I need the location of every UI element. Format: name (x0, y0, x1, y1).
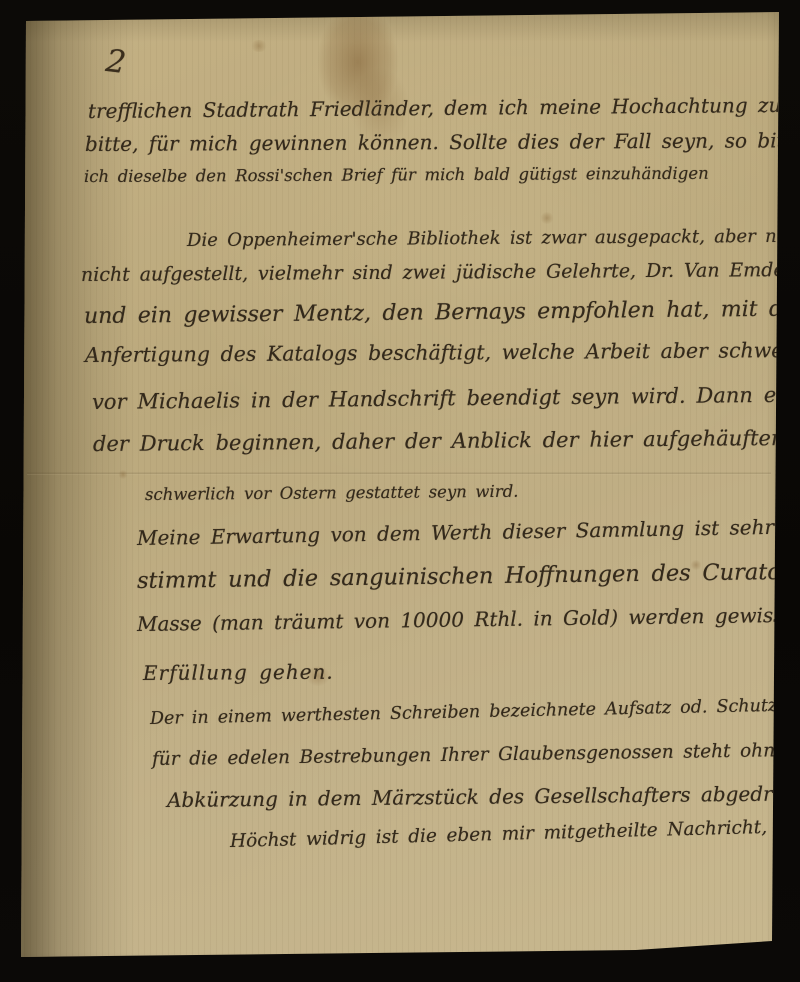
handwritten-line: Erfüllung gehen. (143, 660, 334, 686)
handwritten-line: der Druck beginnen, daher der Anblick de… (93, 424, 800, 457)
handwritten-line: schwerlich vor Ostern gestattet seyn wir… (145, 482, 519, 506)
foxing-spot (540, 212, 554, 224)
handwritten-line: Meine Erwartung von dem Werth dieser Sam… (137, 513, 800, 551)
handwritten-line: Abkürzung in dem Märzstück des Gesellsch… (167, 781, 800, 813)
handwritten-line: Die Oppenheimer'sche Bibliothek ist zwar… (187, 226, 800, 253)
handwritten-line: vor Michaelis in der Handschrift beendig… (92, 381, 800, 415)
handwritten-line: trefflichen Stadtrath Friedländer, dem i… (88, 93, 778, 124)
foxing-spot (250, 40, 268, 52)
letter-page: 2 trefflichen Stadtrath Friedländer, dem… (0, 0, 800, 982)
foxing-spot (118, 470, 128, 479)
handwritten-line: Masse (man träumt von 10000 Rthl. in Gol… (137, 602, 800, 637)
handwritten-line: ich dieselbe den Rossi'schen Brief für m… (84, 164, 709, 188)
fold-crease (27, 472, 771, 475)
handwritten-line: bitte, für mich gewinnen können. Sollte … (85, 128, 800, 157)
handwritten-line: Höchst widrig ist die eben mir mitgethei… (230, 815, 800, 854)
handwritten-line: stimmt und die sanguinischen Hoffnungen … (137, 557, 800, 595)
handwritten-line: nicht aufgestellt, vielmehr sind zwei jü… (81, 259, 797, 288)
scan-background: 2 trefflichen Stadtrath Friedländer, dem… (0, 0, 800, 982)
page-number: 2 (104, 43, 128, 81)
handwritten-line: Anfertigung des Katalogs beschäftigt, we… (85, 338, 800, 369)
handwritten-line: für die edelen Bestrebungen Ihrer Glaube… (152, 739, 800, 772)
handwritten-line: und ein gewisser Mentz, den Bernays empf… (84, 295, 800, 330)
handwritten-line: Der in einem werthesten Schreiben bezeic… (150, 695, 800, 731)
